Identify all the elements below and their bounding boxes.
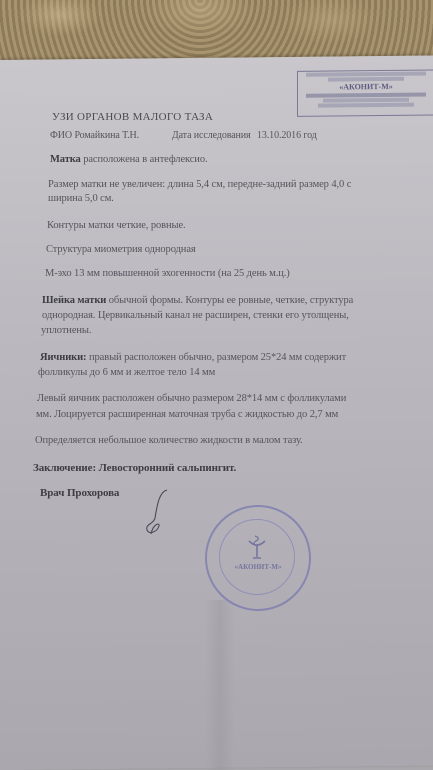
- signature: [137, 488, 177, 538]
- round-clinic-stamp: «АКОНИТ-М»: [205, 505, 311, 611]
- stamp-line: [306, 72, 426, 77]
- patient-name: Ромайкина Т.Н.: [74, 130, 139, 141]
- cervix-label: Шейка матки: [42, 295, 106, 306]
- date-label: Дата исследования: [172, 130, 251, 141]
- free-fluid-note: Определяется небольшое количество жидкос…: [35, 435, 303, 446]
- right-ovary-line2: фолликулы до 6 мм и желтое тело 14 мм: [38, 367, 215, 378]
- cervix-line1: Шейка матки обычной формы. Контуры ее ро…: [42, 295, 353, 306]
- uterus-position-text: расположена в антефлексио.: [83, 154, 207, 165]
- right-ovary-text: правый расположен обычно, размером 25*24…: [86, 352, 346, 363]
- conclusion-line: Заключение: Левосторонний сальпингит.: [33, 462, 236, 474]
- m-echo: М-эхо 13 мм повышенной эхогенности (на 2…: [45, 268, 290, 279]
- uterus-position: Матка расположена в антефлексио.: [50, 154, 208, 165]
- cervix-line2: однородная. Цервикальный канал не расшир…: [42, 310, 349, 321]
- bowl-of-hygieia-icon: [245, 533, 269, 561]
- conclusion-label: Заключение:: [33, 462, 96, 474]
- document-title: УЗИ ОРГАНОВ МАЛОГО ТАЗА: [52, 111, 213, 123]
- stamp-line: [328, 77, 404, 82]
- left-ovary-line1: Левый яичник расположен обычно размером …: [37, 393, 346, 404]
- doctor-name: Врач Прохорова: [40, 487, 119, 499]
- uterus-size-line2: ширина 5,0 см.: [48, 193, 114, 204]
- stamp-clinic-name: «АКОНИТ-М»: [207, 563, 309, 571]
- cervix-line3: уплотнены.: [41, 325, 91, 336]
- conclusion-value: Левосторонний сальпингит.: [96, 462, 236, 474]
- ovaries-label: Яичники:: [40, 352, 86, 363]
- uterus-label: Матка: [50, 154, 81, 165]
- uterus-size-line1: Размер матки не увеличен: длина 5,4 см, …: [48, 179, 351, 190]
- cervix-line1-text: обычной формы. Контуры ее ровные, четкие…: [106, 295, 353, 306]
- uterus-contours: Контуры матки четкие, ровные.: [47, 220, 186, 231]
- date-value: 13.10.2016 год: [257, 130, 317, 141]
- patient-line: ФИО Ромайкина Т.Н. Дата исследования 13.…: [50, 130, 317, 141]
- right-ovary-line1: Яичники: правый расположен обычно, разме…: [40, 352, 346, 363]
- myometrium-structure: Структура миометрия однородная: [46, 244, 196, 255]
- clinic-header-stamp: «АКОНИТ-М»: [297, 69, 433, 116]
- patient-label: ФИО: [50, 130, 72, 141]
- clinic-name: «АКОНИТ-М»: [298, 81, 433, 92]
- stamp-line: [318, 103, 414, 108]
- paper-fold: [205, 600, 235, 770]
- left-ovary-line2: мм. Лоцируется расширенная маточная труб…: [36, 409, 338, 420]
